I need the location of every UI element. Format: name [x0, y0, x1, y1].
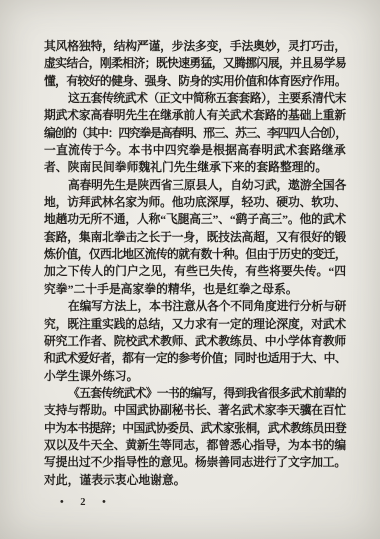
text-line-content: 地，访拜武林名家为师。他功底深厚，轻功、硬功、软功、 — [44, 194, 346, 211]
page-number: • 2 • — [60, 497, 113, 508]
text-line-content: 地趟功无所不通，人称“飞腿高三”、“鹞子高三”。他的武术 — [44, 211, 346, 228]
text-line-content: 加之下传人的门户之见，有些已失传，有些将要失传。“四 — [44, 263, 346, 280]
text-line: 小学生课外练习。 — [44, 368, 346, 385]
text-line-content: 这五套传统武术（正文中简称五套套路），主要系清代末 — [68, 90, 346, 107]
text-line: 懂，有较好的健身、强身、防身的实用价值和体育医疗作用。 — [44, 73, 346, 90]
text-line-content: 中为本书提辞；中国武协委员、武术家张桐，武术教练员田登 — [44, 420, 346, 437]
text-line: 高春明先生是陕西省三原县人，自幼习武，遨游全国各 — [44, 177, 346, 194]
text-line-content: 和武术爱好者，都有一定的参考价值；同时也适用于大、中、 — [44, 350, 346, 367]
text-line: 《五套传统武术》一书的编写，得到我省很多武术前辈的 — [44, 385, 346, 402]
text-line: 中为本书提辞；中国武协委员、武术家张桐，武术教练员田登 — [44, 420, 346, 437]
text-line: 这五套传统武术（正文中简称五套套路），主要系清代末 — [44, 90, 346, 107]
text-line: 和武术爱好者，都有一定的参考价值；同时也适用于大、中、 — [44, 350, 346, 367]
text-line: 其风格独特，结构严谨，步法多变，手法奥妙，灵打巧击， — [44, 38, 346, 55]
text-line-content: 其风格独特，结构严谨，步法多变，手法奥妙，灵打巧击， — [44, 38, 346, 55]
text-line-content: 双以及牛天全、黄新生等同志，都曾悉心指导，为本书的编 — [44, 437, 346, 454]
text-line: 炼价值，仅西北地区流传的就有数十种。但由于历史的变迁， — [44, 246, 346, 263]
text-line-content: 究拳”二十手是高家拳的精华，也是红拳之母系。 — [44, 281, 298, 298]
text-line-content: 写提出过不少指导性的意见。杨崇善同志进行了文字加工。 — [44, 454, 346, 471]
text-line-content: 一直流传于今。本书中四究拳是根据高春明武术套路继承 — [44, 142, 346, 159]
text-line: 一直流传于今。本书中四究拳是根据高春明武术套路继承 — [44, 142, 346, 159]
text-line-content: 究，既注重实践的总结，又力求有一定的理论深度，对武术 — [44, 316, 346, 333]
text-line: 对此，谨表示衷心地谢意。 — [44, 472, 346, 489]
text-line: 究拳”二十手是高家拳的精华，也是红拳之母系。 — [44, 281, 346, 298]
text-line-content: 懂，有较好的健身、强身、防身的实用价值和体育医疗作用。 — [44, 73, 346, 90]
text-line-content: 研究工作者、院校武术教师、武术教练员、中小学体育教师 — [44, 333, 346, 350]
text-line: 地趟功无所不通，人称“飞腿高三”、“鹞子高三”。他的武术 — [44, 211, 346, 228]
text-line-content: 编创的（其中：四究拳是高春明、邢三、苏三、李四四人合创）， — [44, 125, 346, 142]
text-line-content: 小学生课外练习。 — [44, 368, 138, 385]
text-line-content: 炼价值，仅西北地区流传的就有数十种。但由于历史的变迁， — [44, 246, 346, 263]
text-line: 地，访拜武林名家为师。他功底深厚，轻功、硬功、软功、 — [44, 194, 346, 211]
text-line: 虚实结合，刚柔相济；既快速勇猛，又腾挪闪展，并且易学易 — [44, 55, 346, 72]
text-line-content: 者、陕南民间拳师魏礼门先生继承下来的套路整理的。 — [44, 159, 327, 176]
text-line-content: 在编写方法上，本书注意从各个不同角度进行分析与研 — [68, 298, 346, 315]
text-line: 加之下传人的门户之见，有些已失传，有些将要失传。“四 — [44, 263, 346, 280]
text-line: 者、陕南民间拳师魏礼门先生继承下来的套路整理的。 — [44, 159, 346, 176]
text-line-content: 《五套传统武术》一书的编写，得到我省很多武术前辈的 — [68, 385, 346, 402]
text-line-content: 期武术家高春明先生在继承前人有关武术套路的基础上重新 — [44, 107, 346, 124]
text-line-content: 对此，谨表示衷心地谢意。 — [44, 472, 186, 489]
text-line: 套路，集南北拳击之长于一身，既技法高超，又有很好的锻 — [44, 229, 346, 246]
text-line-content: 虚实结合，刚柔相济；既快速勇猛，又腾挪闪展，并且易学易 — [44, 55, 346, 72]
text-line: 期武术家高春明先生在继承前人有关武术套路的基础上重新 — [44, 107, 346, 124]
body-text: 其风格独特，结构严谨，步法多变，手法奥妙，灵打巧击， 虚实结合，刚柔相济；既快速… — [44, 38, 346, 489]
text-line: 在编写方法上，本书注意从各个不同角度进行分析与研 — [44, 298, 346, 315]
text-line: 编创的（其中：四究拳是高春明、邢三、苏三、李四四人合创）， — [44, 125, 346, 142]
text-line: 写提出过不少指导性的意见。杨崇善同志进行了文字加工。 — [44, 454, 346, 471]
text-line: 双以及牛天全、黄新生等同志，都曾悉心指导，为本书的编 — [44, 437, 346, 454]
text-line: 研究工作者、院校武术教师、武术教练员、中小学体育教师 — [44, 333, 346, 350]
text-line: 支持与帮助。中国武协副秘书长、著名武术家李天骥在百忙 — [44, 402, 346, 419]
text-line-content: 高春明先生是陕西省三原县人，自幼习武，遨游全国各 — [68, 177, 346, 194]
scanned-page: 其风格独特，结构严谨，步法多变，手法奥妙，灵打巧击， 虚实结合，刚柔相济；既快速… — [0, 0, 380, 539]
text-line-content: 支持与帮助。中国武协副秘书长、著名武术家李天骥在百忙 — [44, 402, 346, 419]
text-line-content: 套路，集南北拳击之长于一身，既技法高超，又有很好的锻 — [44, 229, 346, 246]
text-line: 究，既注重实践的总结，又力求有一定的理论深度，对武术 — [44, 316, 346, 333]
